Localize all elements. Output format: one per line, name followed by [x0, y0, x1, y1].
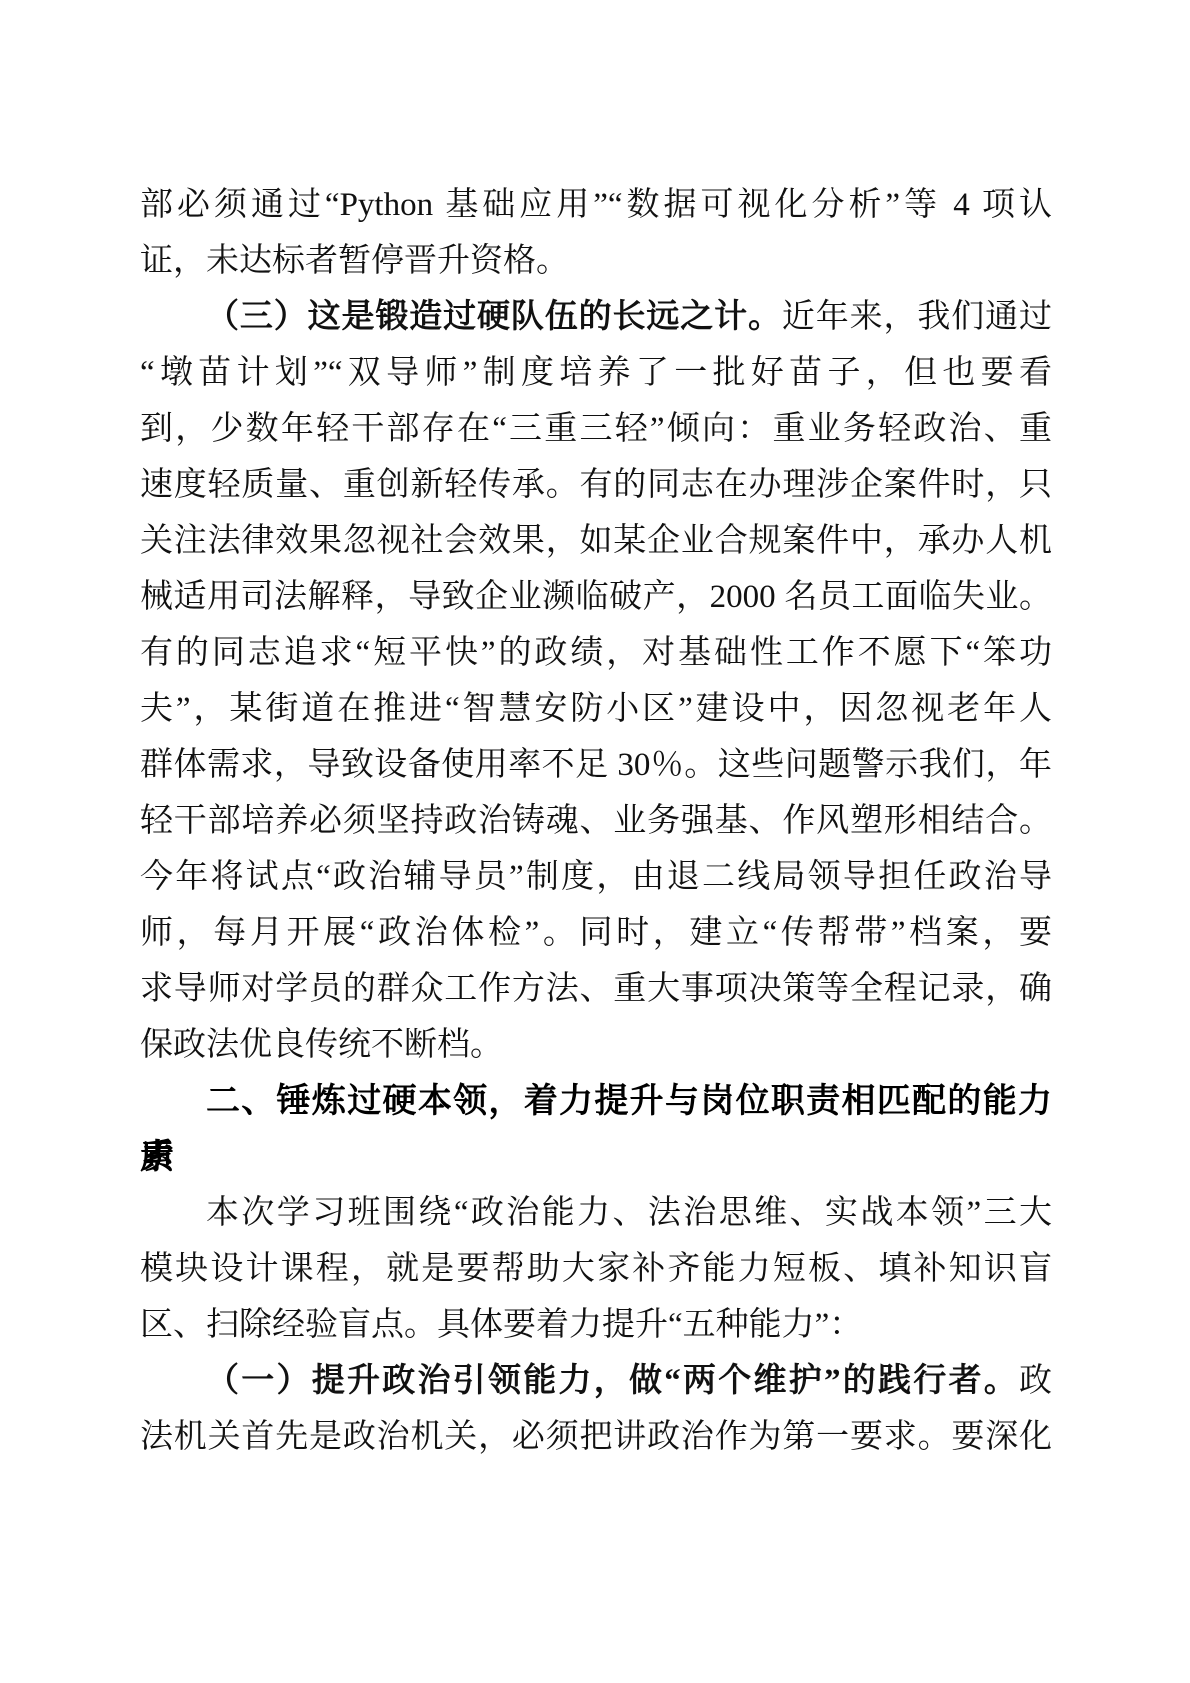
text-line: 械适用司法解释，导致企业濒临破产，2000 名员工面临失业。 — [140, 569, 1052, 625]
text-line: 到，少数年轻干部存在“三重三轻”倾向：重业务轻政治、重 — [140, 401, 1052, 457]
text-line: 模块设计课程，就是要帮助大家补齐能力短板、填补知识盲 — [140, 1241, 1052, 1297]
paragraph-lead-text: （三）这是锻造过硬队伍的长远之计。 — [206, 299, 782, 335]
text-line: 速度轻质量、重创新轻传承。有的同志在办理涉企案件时，只 — [140, 457, 1052, 513]
text-line: 夫”，某街道在推进“智慧安防小区”建设中，因忽视老年人 — [140, 681, 1052, 737]
text-line: 群体需求，导致设备使用率不足 30％。这些问题警示我们，年 — [140, 737, 1052, 793]
text-line: “墩苗计划”“双导师”制度培养了一批好苗子，但也要看 — [140, 345, 1052, 401]
section-heading-line: 质 — [140, 1129, 1052, 1185]
paragraph-lead-line: （三）这是锻造过硬队伍的长远之计。近年来，我们通过 — [140, 289, 1052, 345]
text-line: 轻干部培养必须坚持政治铸魂、业务强基、作风塑形相结合。 — [140, 793, 1052, 849]
text-line: 关注法律效果忽视社会效果，如某企业合规案件中，承办人机 — [140, 513, 1052, 569]
text-line: 法机关首先是政治机关，必须把讲政治作为第一要求。要深化 — [140, 1409, 1052, 1465]
text-line: 有的同志追求“短平快”的政绩，对基础性工作不愿下“笨功 — [140, 625, 1052, 681]
paragraph-body-text: 政 — [1019, 1363, 1052, 1399]
paragraph-lead-line: （一）提升政治引领能力，做“两个维护”的践行者。政 — [140, 1353, 1052, 1409]
paragraph-body-text: 近年来，我们通过 — [782, 299, 1052, 335]
document-text-block: 部必须通过“Python 基础应用”“数据可视化分析”等 4 项认 证，未达标者… — [140, 177, 1052, 1465]
section-heading-line: 二、锤炼过硬本领，着力提升与岗位职责相匹配的能力素 — [140, 1073, 1052, 1129]
text-line: 本次学习班围绕“政治能力、法治思维、实战本领”三大 — [140, 1185, 1052, 1241]
text-line: 证，未达标者暂停晋升资格。 — [140, 233, 1052, 289]
text-line: 师，每月开展“政治体检”。同时，建立“传帮带”档案，要 — [140, 905, 1052, 961]
text-line: 今年将试点“政治辅导员”制度，由退二线局领导担任政治导 — [140, 849, 1052, 905]
paragraph-lead-text: （一）提升政治引领能力，做“两个维护”的践行者。 — [206, 1363, 1019, 1399]
text-line: 部必须通过“Python 基础应用”“数据可视化分析”等 4 项认 — [140, 177, 1052, 233]
document-page: 部必须通过“Python 基础应用”“数据可视化分析”等 4 项认 证，未达标者… — [0, 0, 1190, 1683]
text-line: 区、扫除经验盲点。具体要着力提升“五种能力”： — [140, 1297, 1052, 1353]
text-line: 保政法优良传统不断档。 — [140, 1017, 1052, 1073]
text-line: 求导师对学员的群众工作方法、重大事项决策等全程记录，确 — [140, 961, 1052, 1017]
